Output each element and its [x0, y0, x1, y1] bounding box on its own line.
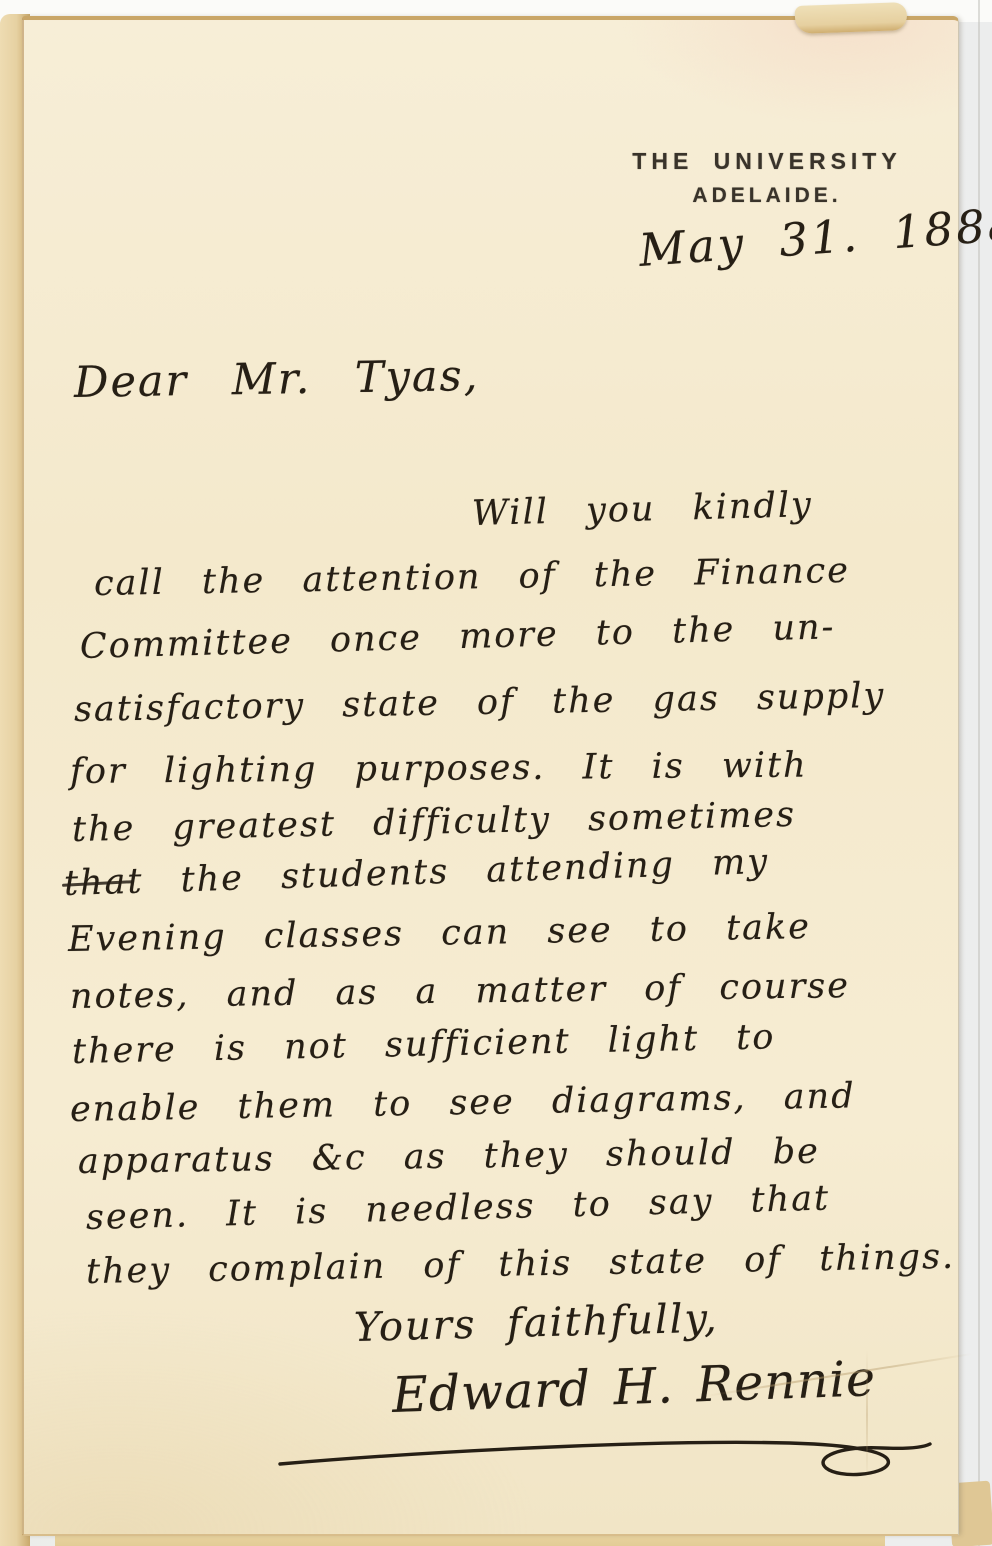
body-line: they complain of this state of things.: [86, 1237, 956, 1292]
body-line: call the attention of the Finance: [94, 551, 851, 604]
body-line: there is not sufficient light to: [72, 1017, 776, 1072]
body-line: for lighting purposes. It is with: [70, 746, 808, 792]
body-line: apparatus &c as they should be: [78, 1132, 820, 1182]
body-line: Evening classes can see to take: [68, 907, 812, 960]
body-line: the greatest difficulty sometimes: [72, 795, 797, 850]
body-line: seen. It is needless to say that: [85, 1179, 830, 1238]
body-line: that the students attending my: [63, 842, 769, 904]
closing: Yours faithfully,: [353, 1295, 719, 1351]
signature: Edward H. Rennie: [391, 1350, 877, 1424]
salutation: Dear Mr. Tyas,: [74, 351, 480, 408]
body-line: satisfactory state of the gas supply: [74, 676, 886, 730]
body-line: Committee once more to the un-: [79, 607, 835, 667]
body-line: notes, and as a matter of course: [70, 966, 850, 1017]
body-line: enable them to see diagrams, and: [70, 1076, 856, 1130]
folded-corner-flap: [795, 2, 908, 34]
scanned-letter-photo: THE UNIVERSITY ADELAIDE. May 31. 1888 De…: [0, 0, 992, 1546]
letterhead-university-name: THE UNIVERSITY: [617, 148, 917, 175]
letterhead: THE UNIVERSITY ADELAIDE.: [617, 148, 917, 208]
fold-crease-vertical: [866, 1350, 868, 1480]
signature-underline-flourish: [274, 1422, 934, 1480]
letterhead-city: ADELAIDE.: [617, 184, 917, 208]
body-line: Will you kindly: [471, 485, 813, 534]
letter-page: THE UNIVERSITY ADELAIDE. May 31. 1888 De…: [22, 16, 959, 1536]
handwritten-date: May 31. 1888: [637, 197, 992, 276]
